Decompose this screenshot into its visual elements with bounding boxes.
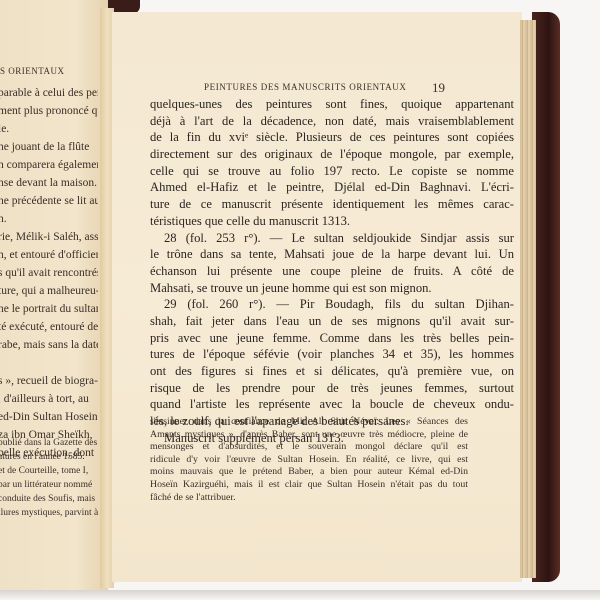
text-line: ture de ce manuscrit présente identiquem… <box>150 196 514 213</box>
footnote-line: Hoseïn Kazirguéhi, mais il est clair que… <box>150 479 468 492</box>
body-text: quelques-unes des peintures sont fines, … <box>150 96 514 446</box>
text-line: ne jouant de la flûte <box>0 138 98 156</box>
left-body-text: parable à celui des per- ment plus prono… <box>0 84 98 462</box>
text-line: parable à celui des per- <box>0 84 98 102</box>
text-line: pris avec une jeune femme. Comme dans le… <box>150 330 514 347</box>
text-line: 29 (fol. 260 r°). — Pir Boudagh, fils du… <box>150 296 514 313</box>
text-line: le trône dans sa tente, Mahsati joue de … <box>150 246 514 263</box>
book-cover-right <box>532 12 560 582</box>
text-line: quand l'artiste les représente avec la b… <box>150 396 514 413</box>
page-edges <box>520 20 536 578</box>
text-line <box>0 354 98 372</box>
text-line: s qu'il avait rencontrés <box>0 264 98 282</box>
text-line: ed-Din Sultan Hosein <box>0 408 98 426</box>
footnote: s'insinuer dans la confiance de Mir Ali … <box>150 416 468 504</box>
text-line: ont des figures si fines et si délicates… <box>150 363 514 380</box>
text-line: quelques-unes des peintures sont fines, … <box>150 96 514 113</box>
text-line: n, et entouré d'officiers; <box>0 246 98 264</box>
footnote-line: fâché de se l'attribuer. <box>150 492 468 505</box>
text-line: risque de les prendre pour de très jeune… <box>150 380 514 397</box>
footnote-line: ridicule d'y voir l'œuvre de Sultan Hose… <box>150 454 468 467</box>
footnote-line: moins mauvais que le prétend Baber, a bi… <box>150 466 468 479</box>
text-line: directement sur des originaux de l'époqu… <box>150 146 514 163</box>
text-line: n. <box>0 210 98 228</box>
footnote-line: atures en l'année 1585. <box>0 450 98 464</box>
footnote-line: s'insinuer dans la confiance de Mir Ali … <box>150 416 468 429</box>
running-head: PEINTURES DES MANUSCRITS ORIENTAUX <box>204 82 406 92</box>
footnote-line: Amants mystiques », d'après Baber, sont … <box>150 429 468 442</box>
text-line: échanson lui présente une coupe pleine d… <box>150 263 514 280</box>
text-line: téristiques que celle du manuscrit 1313. <box>150 213 514 230</box>
footnote-line: publié dans la Gazette des <box>0 436 98 450</box>
page-number: 19 <box>432 80 445 96</box>
text-line: , d'ailleurs à tort, au <box>0 390 98 408</box>
text-line: rie, Mélik-i Saléh, assis <box>0 228 98 246</box>
text-line: déjà à l'art de la décadence, non daté, … <box>150 113 514 130</box>
text-line: ment plus prononcé que <box>0 102 98 120</box>
left-running-head: S ORIENTAUX <box>0 66 65 76</box>
text-line: nse devant la maison. La <box>0 174 98 192</box>
text-line: té exécuté, entouré de <box>0 318 98 336</box>
text-line: Mahsati, se trouve un jeune homme qui es… <box>150 280 514 297</box>
left-footnote: publié dans la Gazette des atures en l'a… <box>0 436 98 520</box>
text-line: ture, qui a malheureu- <box>0 282 98 300</box>
text-line: rabe, mais sans la date, <box>0 336 98 354</box>
footnote-line: conduite des Soufis, mais <box>0 492 98 506</box>
footnote-line: par un littérateur nommé <box>0 478 98 492</box>
footnote-line: llures mystiques, parvint à <box>0 506 98 520</box>
text-line: shah, fait jeter dans l'eau un de ses mi… <box>150 313 514 330</box>
table-shadow <box>0 590 600 600</box>
text-line: Ahmed el-Hafiz et le peintre, Djélal ed-… <box>150 179 514 196</box>
text-line: 28 (fol. 253 r°). — Le sultan seldjoukid… <box>150 230 514 247</box>
text-line: s », recueil de biogra- <box>0 372 98 390</box>
footnote-line: et de Courteille, tome I, <box>0 464 98 478</box>
text-line: he précédente se lit au <box>0 192 98 210</box>
text-line: n comparera également <box>0 156 98 174</box>
text-line: celle qui se trouve au folio 197 recto. … <box>150 163 514 180</box>
footnote-line: mensonges et d'absurdités, et le souvera… <box>150 441 468 454</box>
text-line: ne le portrait du sultan <box>0 300 98 318</box>
text-line: le. <box>0 120 98 138</box>
text-line: tures de l'époque séfévie (voir planches… <box>150 346 514 363</box>
text-line: de la fin du xviᵉ siècle. Plusieurs de c… <box>150 129 514 146</box>
left-page: S ORIENTAUX parable à celui des per- men… <box>0 0 108 590</box>
